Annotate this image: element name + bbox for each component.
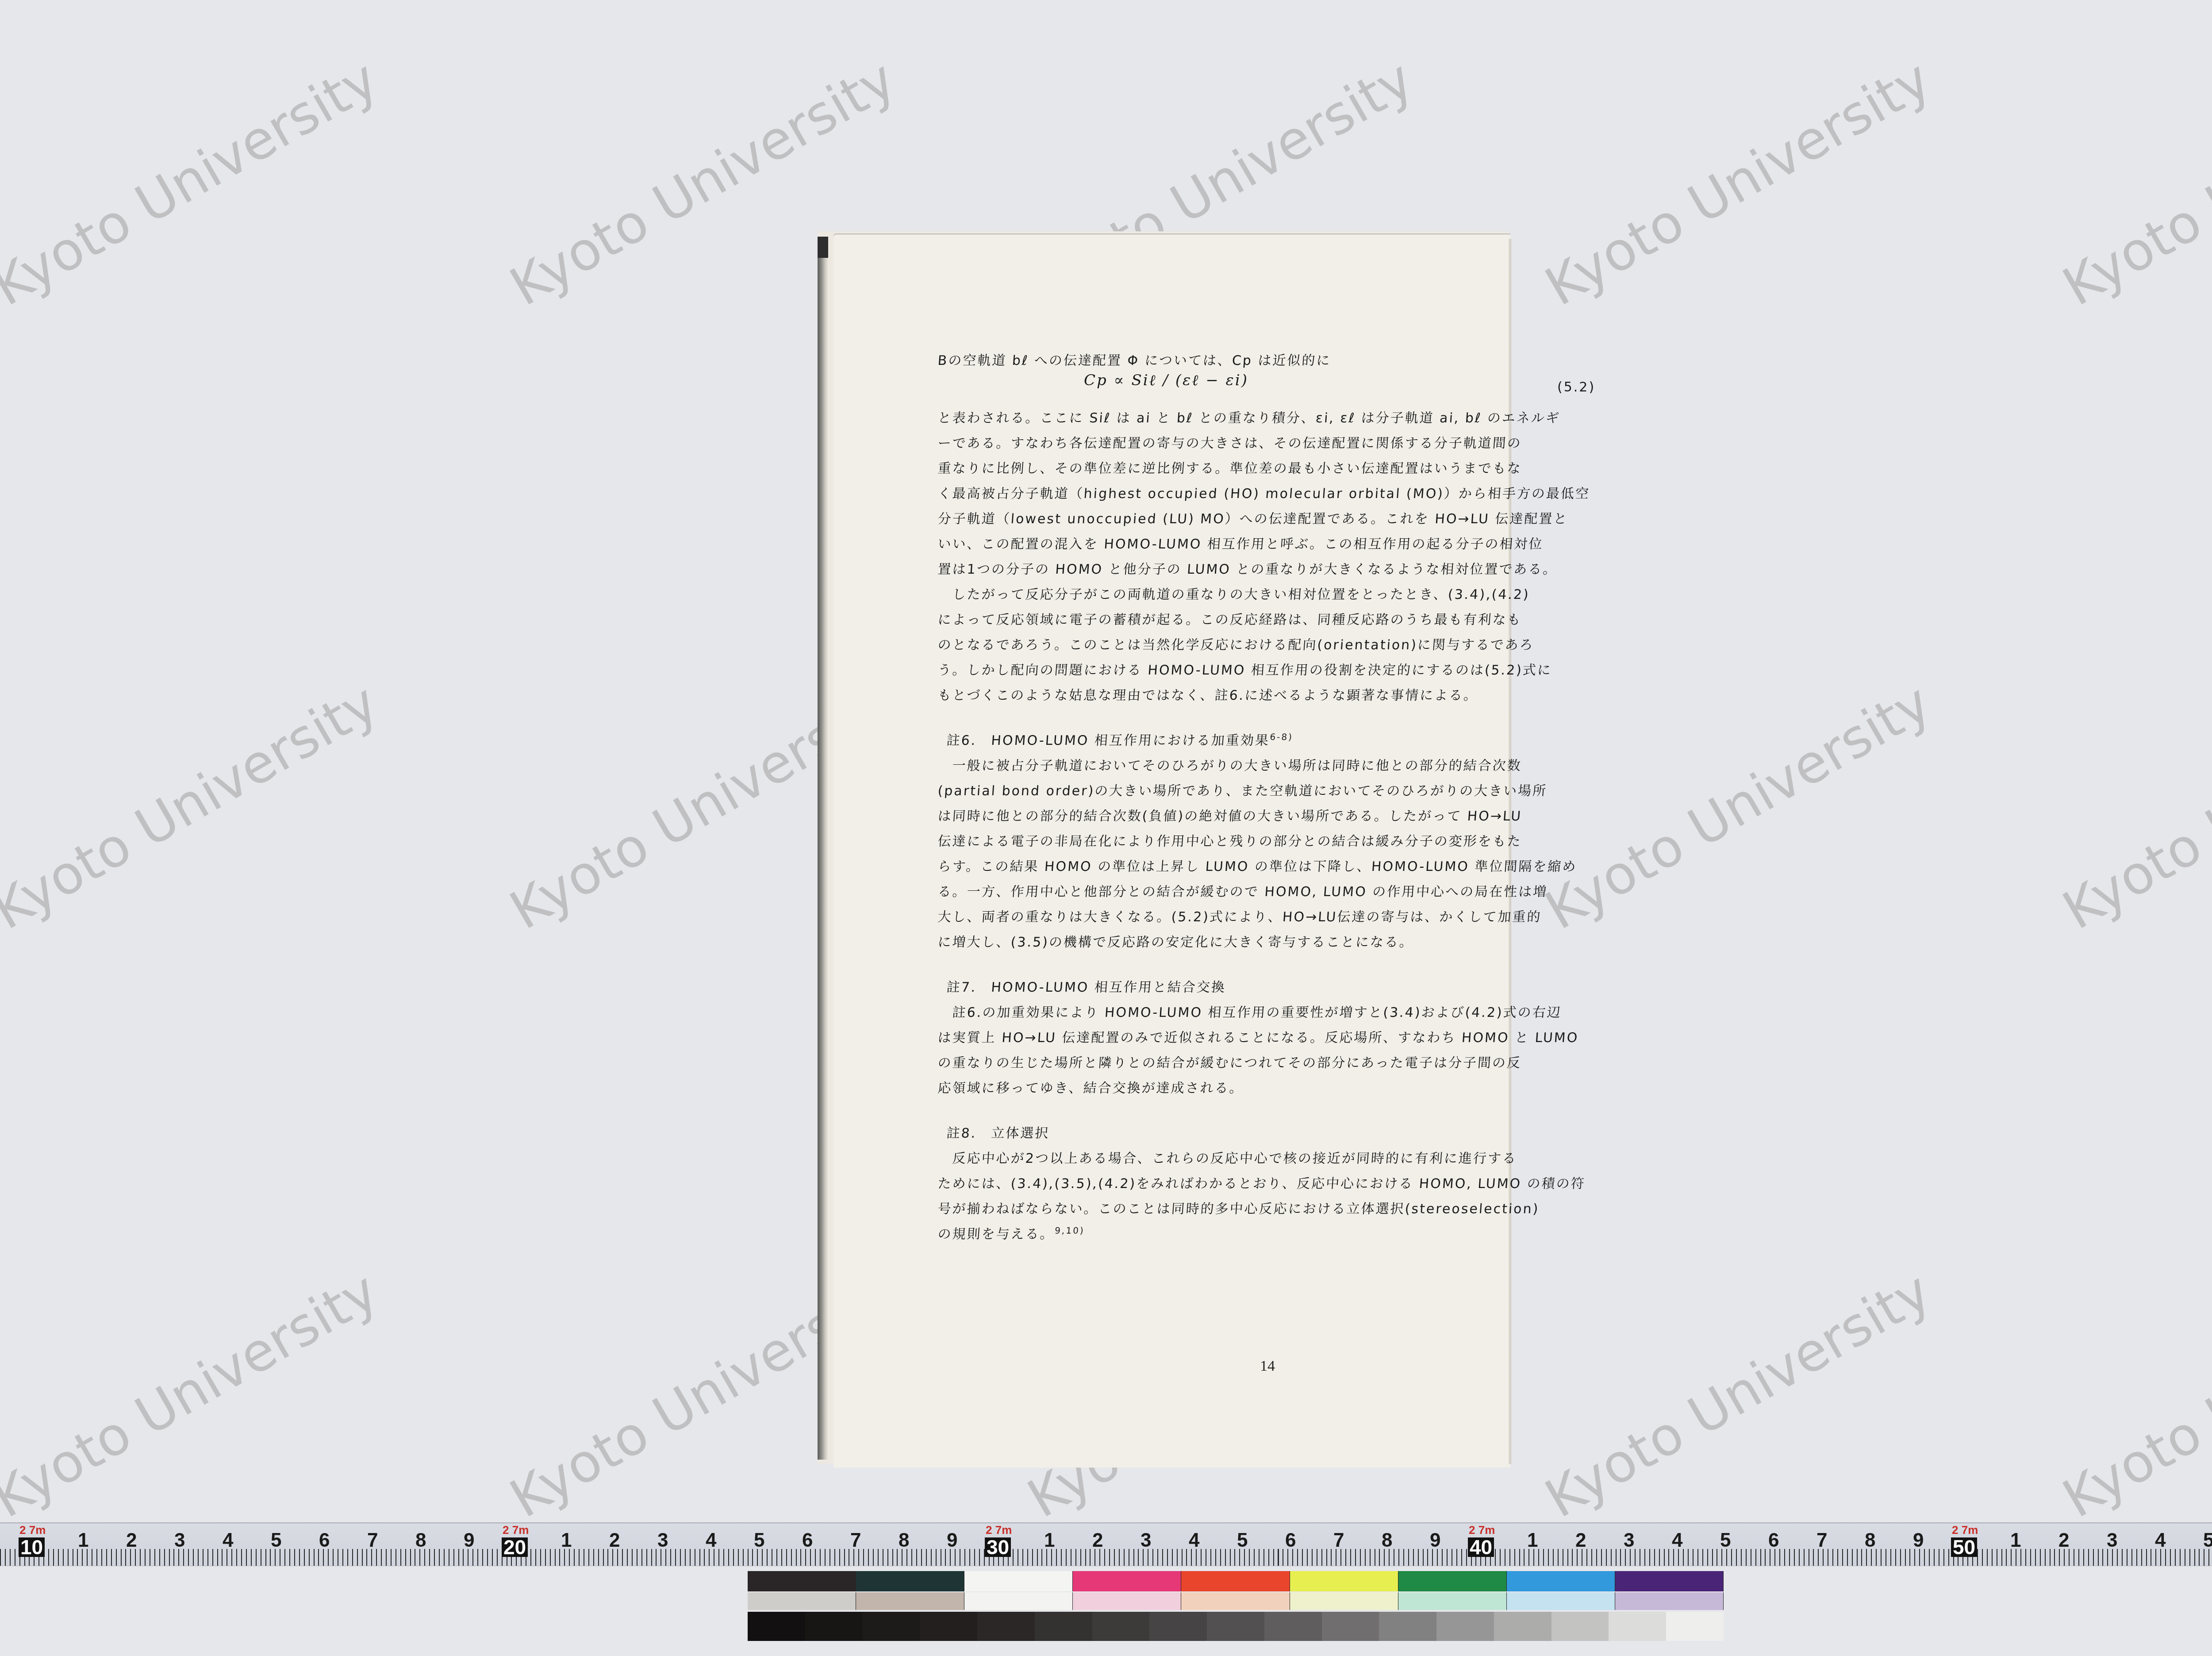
ruler-minor-label: 9 — [1430, 1529, 1440, 1552]
note-text-line: は同時に他との部分的結合次数(負値)の絶対値の大きい場所である。したがって HO… — [937, 805, 1523, 824]
note-text: 一般に被占分子軌道においてそのひろがりの大きい場所は同時に他との部分的結合次数 — [937, 758, 1522, 774]
ruler-unit-label: 2 7m — [19, 1523, 46, 1537]
tint-patch — [1507, 1592, 1615, 1610]
equation-5-2: Cp ∝ Siℓ / (εℓ − εi) — [1084, 372, 1248, 389]
ruler-minor-label: 1 — [2010, 1529, 2021, 1552]
ruler-minor-label: 2 — [1092, 1529, 1103, 1552]
note-text-line: 大し、両者の重なりは大きくなる。(5.2)式により、HO→LU伝達の寄与は、かく… — [937, 906, 1542, 925]
text-line: したがって反応分子がこの両軌道の重なりの大きい相対位置をとったとき、(3.4),… — [937, 583, 1530, 603]
note-text: 反応中心が2つ以上ある場合、これらの反応中心で核の接近が同時的に有利に進行する — [937, 1151, 1518, 1166]
ruler-minor-label: 6 — [802, 1529, 813, 1552]
color-calibration-chart — [748, 1571, 1724, 1642]
ruler-minor-label: 7 — [1816, 1529, 1827, 1552]
watermark-text: Kyoto University — [1536, 672, 1941, 942]
ruler-minor-label: 5 — [1720, 1529, 1731, 1552]
ruler-minor-label: 6 — [1285, 1529, 1296, 1552]
ruler-minor-label: 5 — [754, 1529, 764, 1552]
color-patch — [1615, 1571, 1724, 1591]
ruler-minor-label: 1 — [78, 1529, 88, 1552]
text-line: もとづくこのような姑息な理由ではなく、註6.に述べるような顕著な事情による。 — [937, 684, 1479, 704]
equation-number: (5.2) — [1557, 379, 1595, 395]
ruler-minor-label: 2 — [609, 1529, 620, 1552]
note-text-line: 応領域に移ってゆき、結合交換が達成される。 — [937, 1077, 1244, 1096]
gray-step — [863, 1612, 920, 1641]
note-text: る。一方、作用中心と他部分との結合が緩むので HOMO, LUMO の作用中心へ… — [937, 884, 1548, 900]
gray-step — [1035, 1612, 1092, 1641]
ruler-minor-label: 3 — [657, 1529, 668, 1552]
ruler-major-label: 40 — [1468, 1537, 1494, 1557]
ruler-major-label: 30 — [985, 1537, 1011, 1557]
gray-step — [1207, 1612, 1264, 1641]
ruler-unit-label: 2 7m — [986, 1523, 1012, 1537]
text-line: 重なりに比例し、その準位差に逆比例する。準位差の最も小さい伝達配置はいうまでもな — [937, 457, 1522, 477]
note-text: 伝達による電子の非局在化により作用中心と残りの部分との結合は緩み分子の変形をもた — [937, 834, 1522, 849]
note-text: 大し、両者の重なりは大きくなる。(5.2)式により、HO→LU伝達の寄与は、かく… — [937, 909, 1542, 925]
ruler-minor-label: 6 — [319, 1529, 330, 1552]
note-text: は実質上 HO→LU 伝達配置のみで近似されることになる。反応場所、すなわち H… — [937, 1030, 1579, 1046]
ruler-minor-label: 2 — [2058, 1529, 2069, 1552]
ruler-minor-label: 9 — [947, 1529, 957, 1552]
ruler-minor-label: 8 — [899, 1529, 909, 1552]
color-patch — [1290, 1571, 1398, 1591]
color-patch — [1507, 1571, 1615, 1591]
color-patch — [1398, 1571, 1507, 1591]
gray-step — [1436, 1612, 1494, 1641]
note-text: らす。この結果 HOMO の準位は上昇し LUMO の準位は下降し、HOMO-L… — [937, 859, 1578, 874]
ruler-minor-label: 3 — [1624, 1529, 1634, 1552]
note-heading-text: 註6. HOMO-LUMO 相互作用における加重効果 — [946, 733, 1271, 748]
watermark-text: Kyoto University — [0, 672, 388, 942]
ruler-minor-label: 3 — [2107, 1529, 2117, 1552]
gray-step — [1379, 1612, 1436, 1641]
ruler-minor-label: 2 — [1575, 1529, 1586, 1552]
text-line: いい、この配置の混入を HOMO-LUMO 相互作用と呼ぶ。この相互作用の起る分… — [937, 533, 1544, 552]
reference-superscript: 6-8) — [1270, 732, 1294, 742]
note-text-line: 註6.の加重効果により HOMO-LUMO 相互作用の重要性が増すと(3.4)お… — [937, 1001, 1562, 1021]
text-line: く最高被占分子軌道（highest occupied (HO) molecula… — [937, 483, 1590, 502]
ruler-minor-label: 2 — [126, 1529, 137, 1552]
note-text-line: の規則を与える。9,10) — [937, 1223, 1085, 1242]
tint-patch — [748, 1592, 856, 1610]
reference-superscript: 9,10) — [1055, 1225, 1085, 1236]
ruler-minor-label: 4 — [223, 1529, 233, 1552]
paper-stack-edge — [818, 239, 828, 1460]
ruler-minor-label: 3 — [1141, 1529, 1151, 1552]
gray-step — [748, 1612, 805, 1641]
note-text: の規則を与える。 — [937, 1227, 1055, 1242]
tint-patch — [1290, 1592, 1398, 1610]
color-patch — [1073, 1571, 1181, 1591]
note-text-line: は実質上 HO→LU 伝達配置のみで近似されることになる。反応場所、すなわち H… — [937, 1027, 1579, 1046]
color-patch — [1181, 1571, 1290, 1591]
note-text: 註6.の加重効果により HOMO-LUMO 相互作用の重要性が増すと(3.4)お… — [937, 1005, 1562, 1020]
gray-step — [1264, 1612, 1322, 1641]
ruler-minor-label: 8 — [415, 1529, 426, 1552]
gray-step — [920, 1612, 977, 1641]
gray-step — [1322, 1612, 1379, 1641]
gray-step — [1092, 1612, 1150, 1641]
text-line: 分子軌道（lowest unoccupied (LU) MO）への伝達配置である… — [937, 508, 1569, 527]
ruler-minor-label: 8 — [1382, 1529, 1392, 1552]
ruler-minor-label: 5 — [2203, 1529, 2212, 1552]
color-patches-saturated — [748, 1571, 1724, 1591]
ruler-minor-label: 4 — [2155, 1529, 2166, 1552]
ruler-ticks — [0, 1549, 2212, 1566]
note-text-line: ためには、(3.4),(3.5),(4.2)をみればわかるとおり、反応中心におけ… — [937, 1173, 1586, 1192]
ruler-unit-label: 2 7m — [503, 1523, 529, 1537]
ruler-minor-label: 6 — [1768, 1529, 1779, 1552]
note-text-line: 反応中心が2つ以上ある場合、これらの反応中心で核の接近が同時的に有利に進行する — [937, 1147, 1517, 1167]
note-text: (partial bond order)の大きい場所であり、また空軌道においてそ… — [937, 783, 1548, 799]
gray-step — [1149, 1612, 1207, 1641]
tint-patch — [1073, 1592, 1181, 1610]
note-text: 応領域に移ってゆき、結合交換が達成される。 — [937, 1081, 1244, 1096]
color-patch — [964, 1571, 1073, 1591]
gray-step — [1666, 1612, 1724, 1641]
ruler-minor-label: 4 — [1672, 1529, 1682, 1552]
ruler-minor-label: 3 — [174, 1529, 185, 1552]
tint-patch — [856, 1592, 964, 1610]
ruler-minor-label: 7 — [367, 1529, 378, 1552]
ruler-minor-label: 7 — [850, 1529, 861, 1552]
paper-corner-shadow — [818, 237, 828, 258]
color-patch — [856, 1571, 964, 1591]
gray-step — [805, 1612, 863, 1641]
note-heading: 註8. 立体選択 — [946, 1122, 1050, 1142]
intro-line: Bの空軌道 bℓ への伝達配置 Φ については、Cp は近似的に — [937, 349, 1332, 369]
page-number: 14 — [1260, 1358, 1275, 1375]
ruler-minor-label: 7 — [1333, 1529, 1344, 1552]
watermark-text: Kyoto University — [0, 1260, 388, 1530]
note-text-line: 伝達による電子の非局在化により作用中心と残りの部分との結合は緩み分子の変形をもた — [937, 830, 1522, 850]
ruler-unit-label: 2 7m — [1952, 1523, 1978, 1537]
ruler-minor-label: 4 — [706, 1529, 716, 1552]
watermark-text: Kyoto University — [1536, 48, 1941, 318]
ruler-minor-label: 4 — [1189, 1529, 1199, 1552]
grayscale-steps — [748, 1612, 1724, 1641]
ruler-major-label: 20 — [502, 1537, 528, 1557]
note-text-line: に増大し、(3.5)の機構で反応路の安定化に大きく寄与することになる。 — [937, 931, 1414, 951]
ruler-minor-label: 5 — [1237, 1529, 1248, 1552]
ruler-minor-label: 1 — [1044, 1529, 1055, 1552]
text-line: と表わされる。ここに Siℓ は ai と bℓ との重なり積分、εi, εℓ … — [937, 407, 1561, 426]
tint-patch — [1181, 1592, 1290, 1610]
tint-patch — [1615, 1592, 1724, 1610]
gray-step — [977, 1612, 1035, 1641]
ruler-minor-label: 9 — [464, 1529, 474, 1552]
watermark-text: Kyoto University — [0, 48, 388, 318]
note-text-line: の重なりの生じた場所と隣りとの結合が緩むにつれてその部分にあった電子は分子間の反 — [937, 1052, 1522, 1071]
note-heading: 註6. HOMO-LUMO 相互作用における加重効果6-8) — [946, 729, 1294, 749]
note-text: は同時に他との部分的結合次数(負値)の絶対値の大きい場所である。したがって HO… — [937, 809, 1523, 824]
note-text: に増大し、(3.5)の機構で反応路の安定化に大きく寄与することになる。 — [937, 935, 1415, 950]
ruler-minor-label: 8 — [1865, 1529, 1875, 1552]
note-heading-text: 註8. 立体選択 — [946, 1126, 1050, 1141]
note-text-line: 一般に被占分子軌道においてそのひろがりの大きい場所は同時に他との部分的結合次数 — [937, 755, 1522, 774]
ruler-minor-label: 5 — [271, 1529, 281, 1552]
watermark-text: Kyoto University — [1536, 1260, 1941, 1530]
ruler-major-label: 10 — [19, 1537, 45, 1557]
text-line: のとなるであろう。このことは当然化学反応における配向(orientation)に… — [937, 634, 1535, 653]
gray-step — [1609, 1612, 1666, 1641]
note-heading: 註7. HOMO-LUMO 相互作用と結合交換 — [946, 976, 1226, 996]
note-heading-text: 註7. HOMO-LUMO 相互作用と結合交換 — [946, 980, 1227, 995]
ruler-unit-label: 2 7m — [1469, 1523, 1495, 1537]
note-text-line: る。一方、作用中心と他部分との結合が緩むので HOMO, LUMO の作用中心へ… — [937, 881, 1548, 900]
ruler-major-label: 50 — [1951, 1537, 1977, 1557]
tint-patch — [1398, 1592, 1507, 1610]
note-text: の重なりの生じた場所と隣りとの結合が緩むにつれてその部分にあった電子は分子間の反 — [937, 1055, 1522, 1071]
note-text: ためには、(3.4),(3.5),(4.2)をみればわかるとおり、反応中心におけ… — [937, 1176, 1586, 1192]
text-line: によって反応領域に電子の蓄積が起る。この反応経路は、同種反応路のうち最も有利なも — [937, 609, 1522, 628]
note-text: 号が揃わねばならない。このことは同時的多中心反応における立体選択(stereos… — [937, 1201, 1540, 1217]
text-line: ーである。すなわち各伝達配置の寄与の大きさは、その伝達配置に関係する分子軌道間の — [937, 432, 1522, 452]
gray-step — [1551, 1612, 1609, 1641]
color-patches-tint — [748, 1592, 1724, 1610]
gray-step — [1494, 1612, 1551, 1641]
text-line: う。しかし配向の問題における HOMO-LUMO 相互作用の役割を決定的にするの… — [937, 659, 1552, 678]
text-line: 置は1つの分子の HOMO と他分子の LUMO との重なりが大きくなるような相… — [937, 558, 1558, 578]
tint-patch — [964, 1592, 1073, 1610]
note-text-line: らす。この結果 HOMO の準位は上昇し LUMO の準位は下降し、HOMO-L… — [937, 855, 1578, 875]
measuring-ruler: 102 7m123456789202 7m123456789302 7m1234… — [0, 1522, 2212, 1566]
watermark-text: Kyoto University — [2053, 1260, 2212, 1530]
watermark-text: Kyoto University — [2053, 48, 2212, 318]
note-text-line: 号が揃わねばならない。このことは同時的多中心反応における立体選択(stereos… — [937, 1198, 1540, 1217]
ruler-minor-label: 1 — [1527, 1529, 1538, 1552]
color-patch — [748, 1571, 856, 1591]
watermark-text: Kyoto University — [2053, 672, 2212, 942]
note-text-line: (partial bond order)の大きい場所であり、また空軌道においてそ… — [937, 780, 1548, 799]
ruler-minor-label: 9 — [1913, 1529, 1924, 1552]
ruler-minor-label: 1 — [561, 1529, 572, 1552]
